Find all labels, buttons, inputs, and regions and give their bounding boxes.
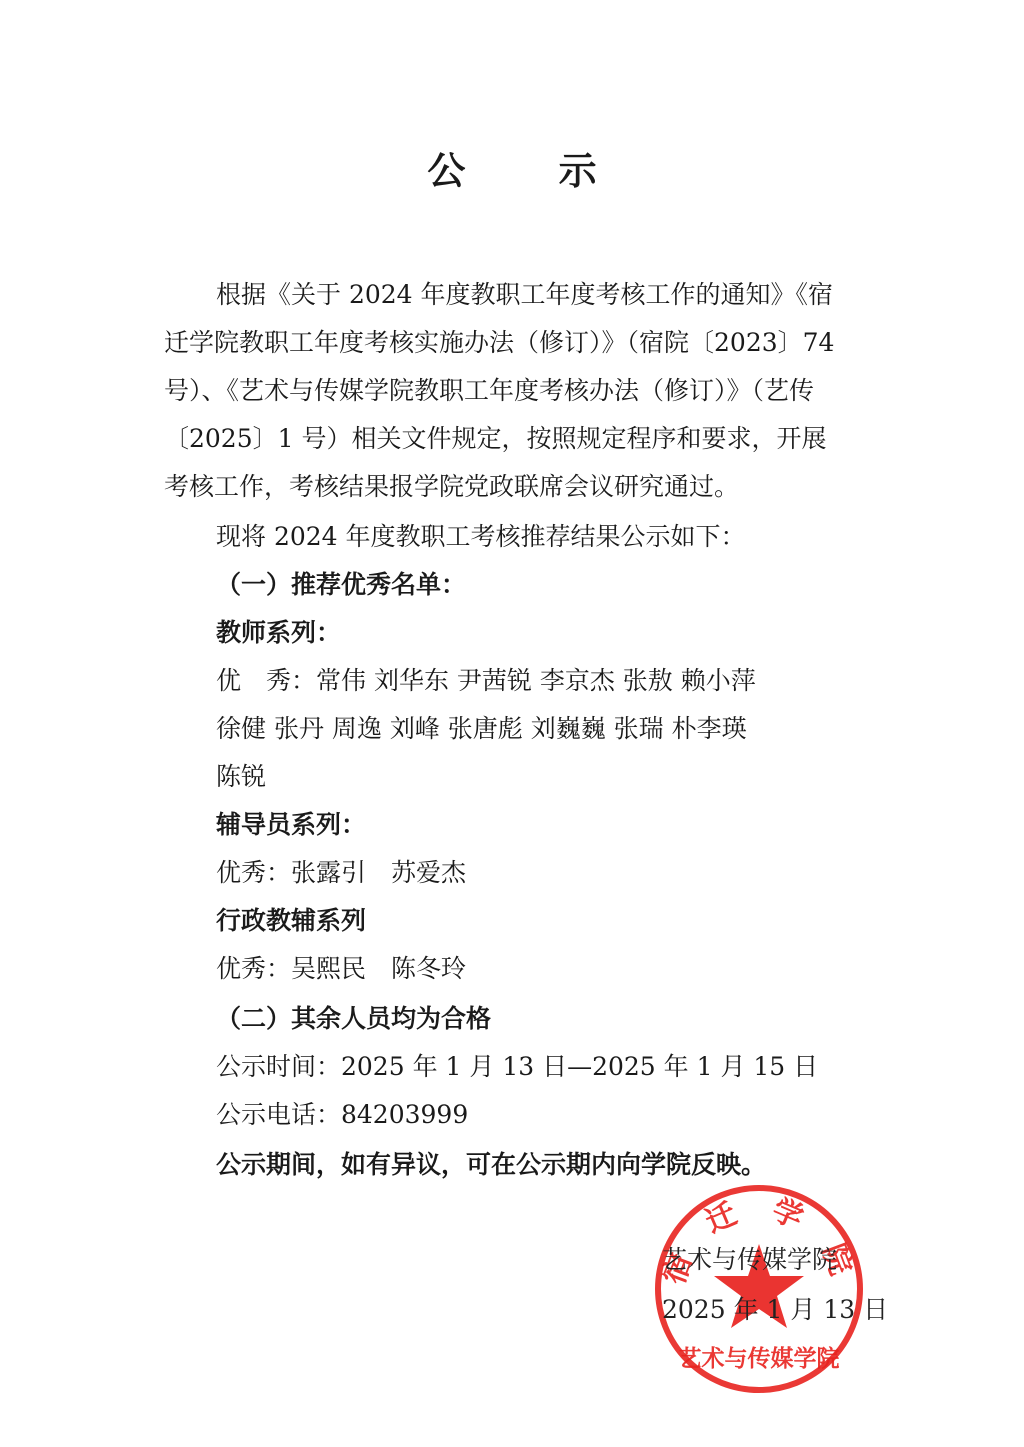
counselor-series-label: 辅导员系列： (216, 808, 366, 842)
body-para1-line4: 〔2025〕1 号）相关文件规定，按照规定程序和要求，开展 (164, 422, 826, 456)
body-para1-line2: 迁学院教职工年度考核实施办法（修订）》（宿院〔2023〕74 (164, 326, 834, 360)
admin-series-line: 优秀：吴熙民 陈冬玲 (216, 952, 466, 986)
publicity-phone: 公示电话：84203999 (216, 1098, 468, 1132)
publicity-period: 公示时间：2025 年 1 月 13 日—2025 年 1 月 15 日 (216, 1050, 818, 1084)
page-title: 公 示 (0, 140, 1024, 195)
body-para1-line5: 考核工作，考核结果报学院党政联席会议研究通过。 (164, 470, 739, 504)
seal-bottom-text: 艺术与传媒学院 (679, 1345, 840, 1372)
teacher-series-line1: 优 秀：常伟 刘华东 尹茜锐 李京杰 张敖 赖小萍 (216, 664, 756, 698)
teacher-series-label: 教师系列： (216, 616, 341, 650)
body-para2: 现将 2024 年度教职工考核推荐结果公示如下： (216, 520, 746, 554)
section1-heading: （一）推荐优秀名单： (216, 568, 466, 602)
counselor-series-line: 优秀：张露引 苏爱杰 (216, 856, 466, 890)
body-para1-line1: 根据《关于 2024 年度教职工年度考核工作的通知》《宿 (216, 278, 833, 312)
admin-series-label: 行政教辅系列 (216, 904, 366, 938)
body-para1-line3: 号）、《艺术与传媒学院教职工年度考核办法（修订）》（艺传 (164, 374, 814, 408)
official-seal: 宿 迁 学 院 艺术与传媒学院 (652, 1182, 866, 1396)
teacher-series-line2: 徐健 张丹 周逸 刘峰 张唐彪 刘巍巍 张瑞 朴李瑛 (216, 712, 747, 746)
signature-org: 艺术与传媒学院 (662, 1240, 837, 1276)
section2-heading: （二）其余人员均为合格 (216, 1002, 491, 1036)
publicity-note: 公示期间，如有异议，可在公示期内向学院反映。 (216, 1148, 766, 1182)
teacher-series-line3: 陈锐 (216, 760, 266, 794)
signature-date: 2025 年 1 月 13 日 (662, 1290, 888, 1326)
